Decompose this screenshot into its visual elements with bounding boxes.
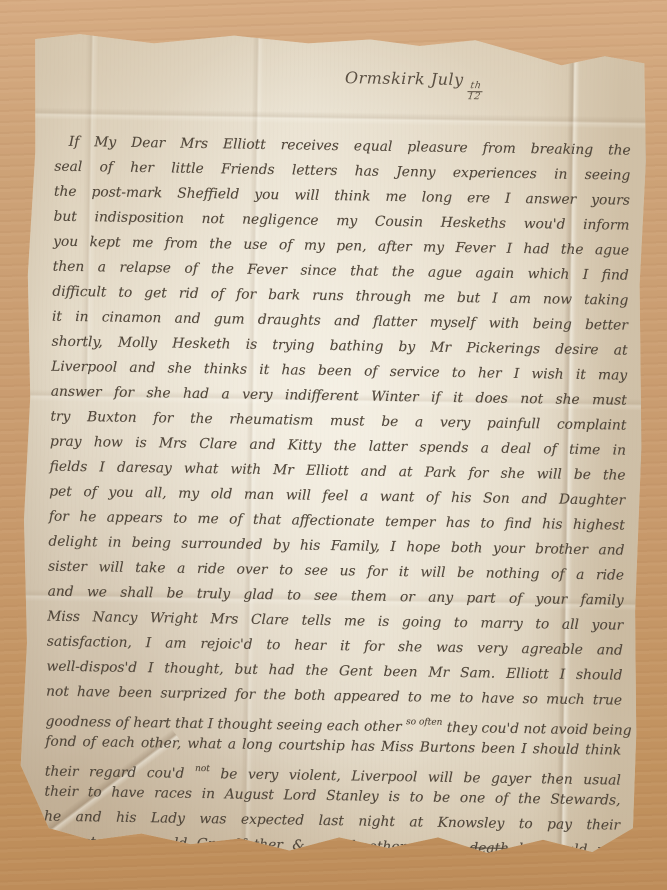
letter-body: If My Dear Mrs Elliott receives equal pl… <box>44 130 631 849</box>
letter-text: respects to his old Grandfather & grandm… <box>44 834 470 857</box>
photo-of-letter: { "colors": { "wood_table": "#c99e72", "… <box>0 0 667 890</box>
letter-dateline: Ormskirk Julyth12 <box>345 68 483 101</box>
inserted-word: so often <box>406 717 443 728</box>
letter-place-date: Ormskirk July <box>345 68 464 89</box>
letter-text: he would not <box>509 841 620 859</box>
struck-word: death <box>469 840 509 857</box>
letter-paper: Ormskirk Julyth12 If My Dear Mrs Elliott… <box>18 29 649 857</box>
paper-fold-crease-top <box>29 107 647 129</box>
letter-day-fraction: th12 <box>466 81 484 101</box>
inserted-word: not <box>195 764 210 774</box>
